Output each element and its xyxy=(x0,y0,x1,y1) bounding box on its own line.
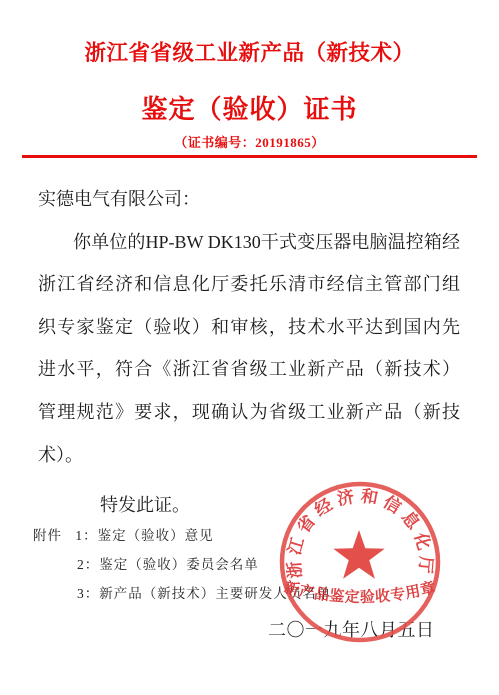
attachment-item: 1：鉴定（验收）意见 xyxy=(75,528,213,543)
body-line: 你单位的HP-BW DK130干式变压器电脑温控箱经 xyxy=(38,221,460,264)
certificate-body: 实德电气有限公司： 你单位的HP-BW DK130干式变压器电脑温控箱经 浙江省… xyxy=(38,178,460,527)
body-line: 进水平，符合《浙江省省级工业新产品（新技术） xyxy=(38,348,460,391)
body-line: 管理规范》要求，现确认为省级工业新产品（新技 xyxy=(38,391,460,434)
attachments-label: 附件 xyxy=(33,528,62,543)
recipient-line: 实德电气有限公司： xyxy=(38,178,460,221)
attachment-row: 附件 1：鉴定（验收）意见 xyxy=(33,521,331,550)
attachment-item: 2：鉴定（验收）委员会名单 xyxy=(77,550,331,579)
certificate-title-line1: 浙江省省级工业新产品（新技术） xyxy=(0,36,499,67)
header-divider xyxy=(22,155,477,158)
attachment-item: 3：新产品（新技术）主要研发人员名单 xyxy=(77,579,331,608)
attachments-list: 附件 1：鉴定（验收）意见 2：鉴定（验收）委员会名单 3：新产品（新技术）主要… xyxy=(33,521,331,608)
certificate-page: 浙江省省级工业新产品（新技术） 鉴定（验收）证书 （证书编号：20191865）… xyxy=(0,0,499,695)
issue-date: 二〇一九年八月五日 xyxy=(268,616,435,642)
seal-star-icon xyxy=(333,530,384,579)
body-line: 织专家鉴定（验收）和审核，技术水平达到国内先 xyxy=(38,306,460,349)
body-line: 术）。 xyxy=(38,434,460,477)
certificate-number: （证书编号：20191865） xyxy=(0,132,499,151)
body-line: 浙江省经济和信息化厅委托乐清市经信主管部门组 xyxy=(38,263,460,306)
certificate-title-line2: 鉴定（验收）证书 xyxy=(0,89,499,126)
